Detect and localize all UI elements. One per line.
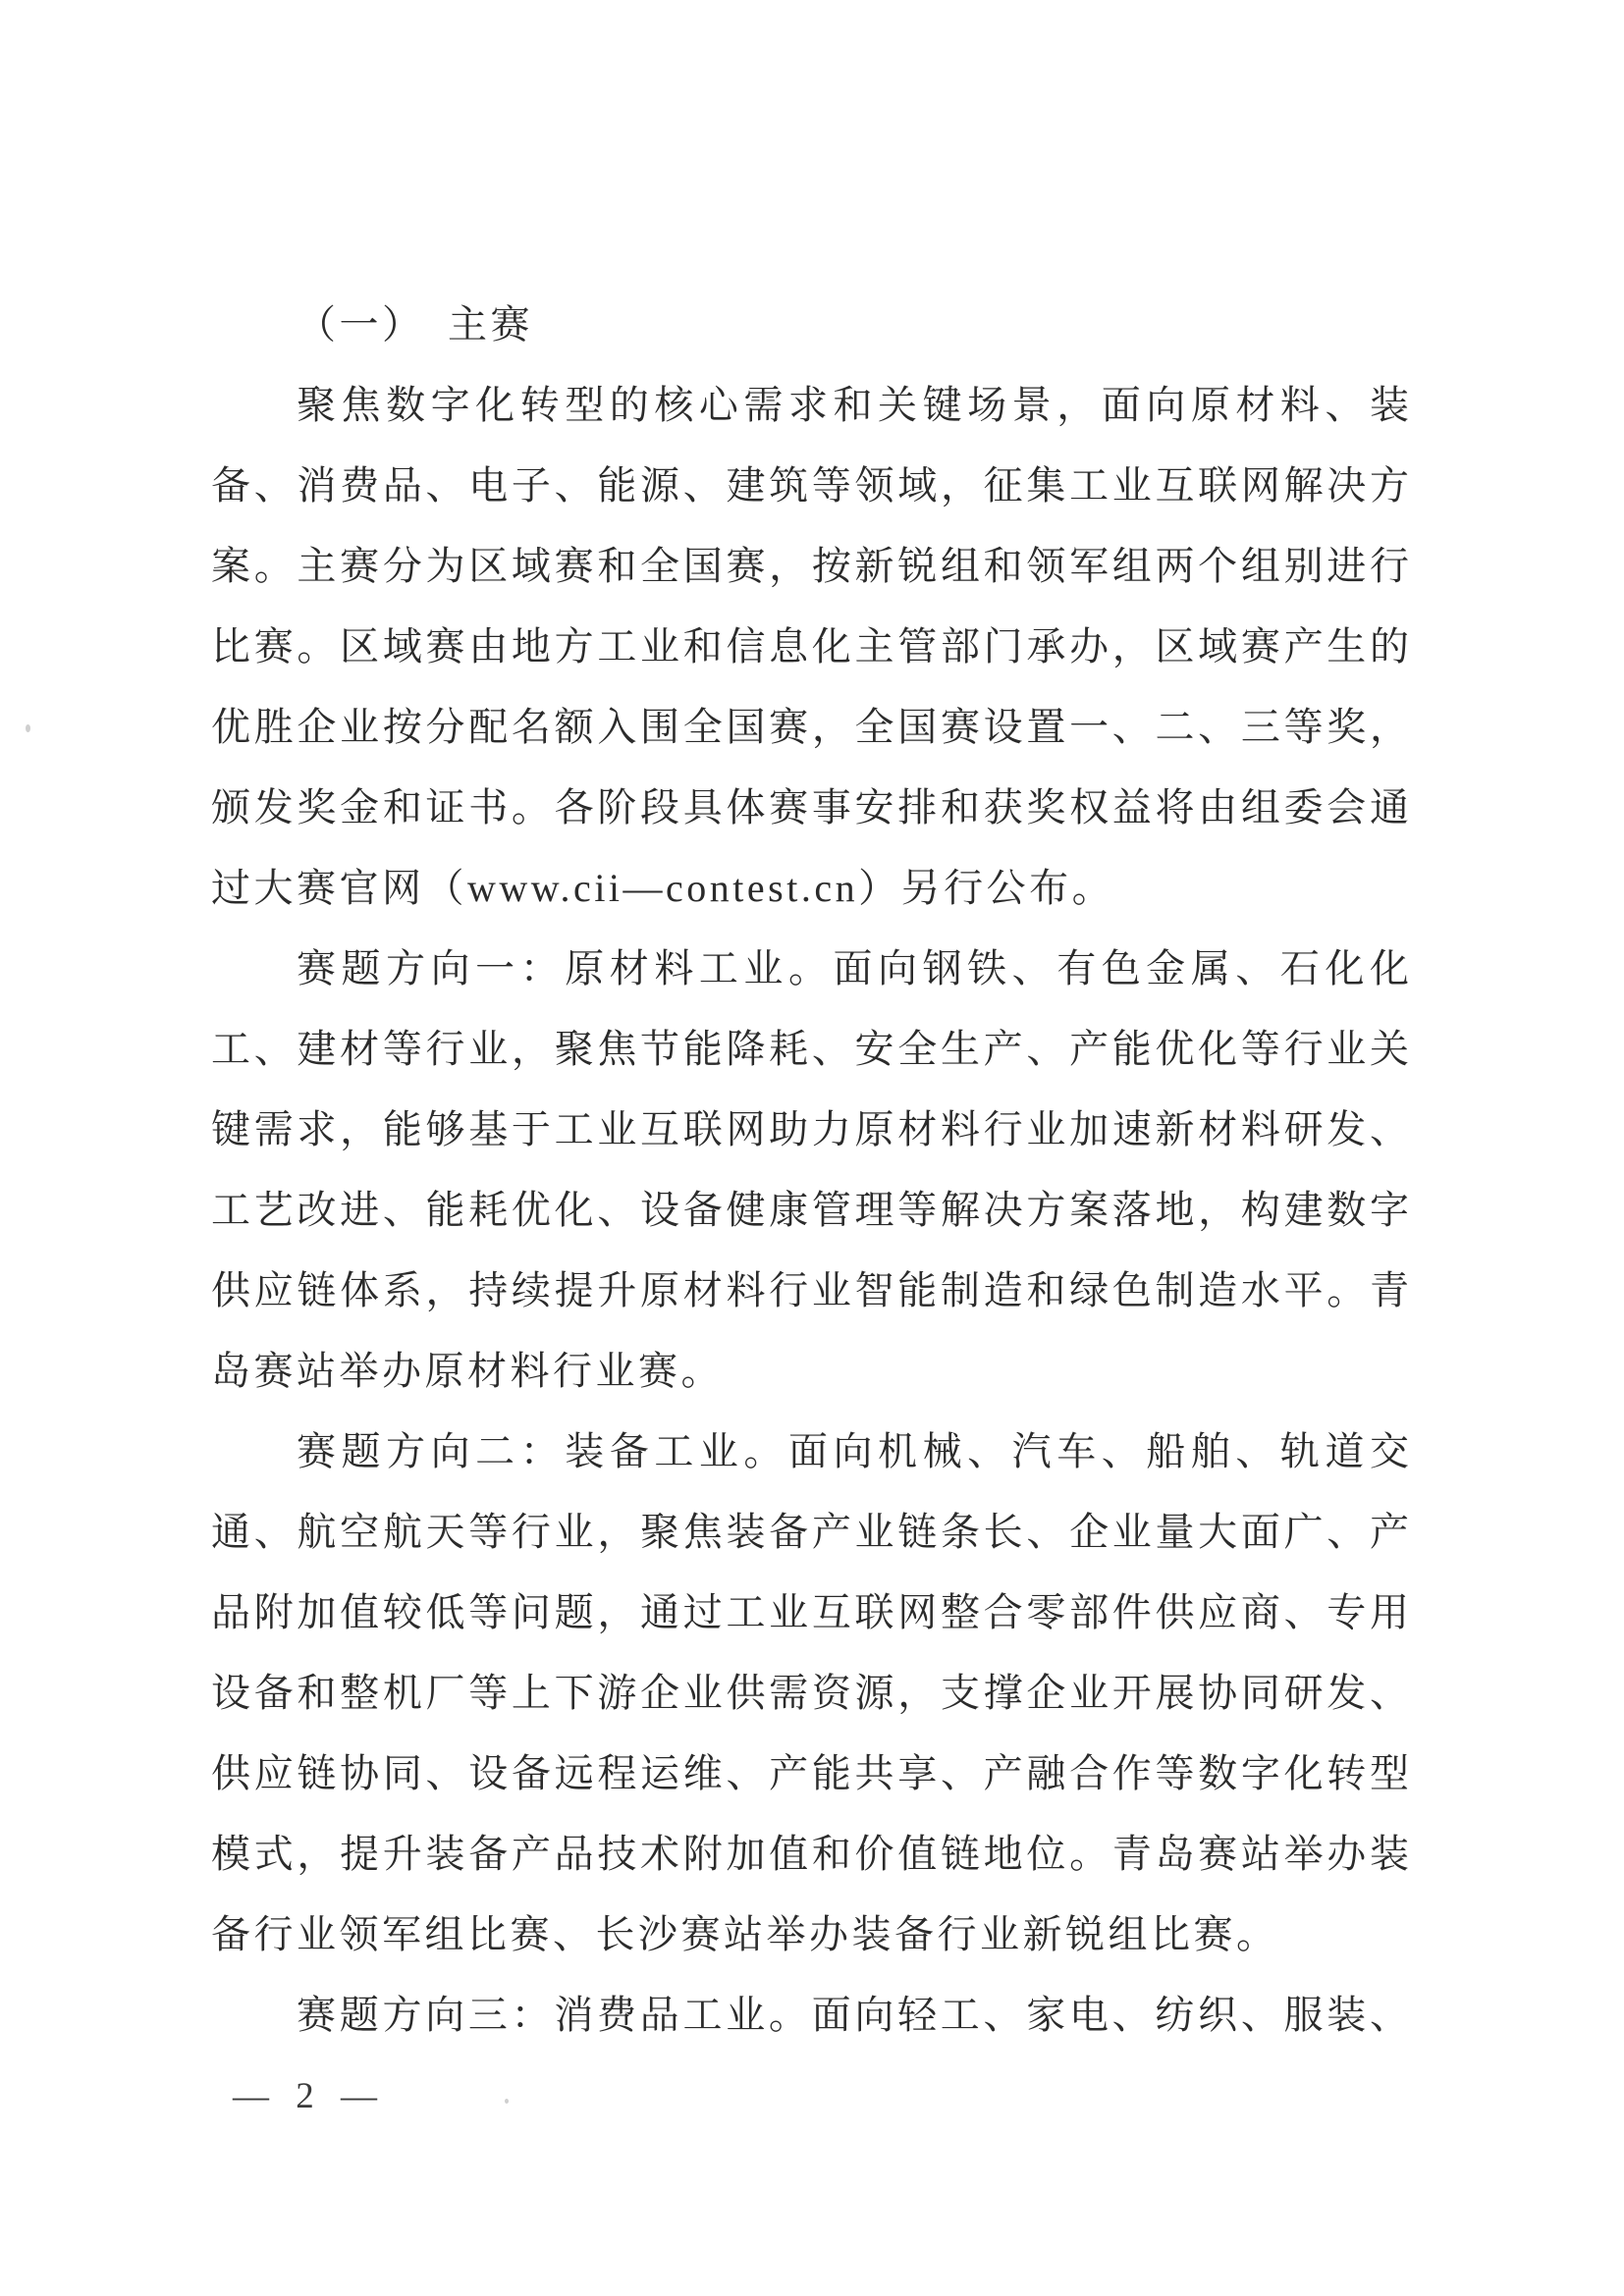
text-line: 案。主赛分为区域赛和全国赛，按新锐组和领军组两个组别进行 bbox=[211, 526, 1409, 607]
text-line: 通、航空航天等行业，聚焦装备产业链条长、企业量大面广、产 bbox=[211, 1492, 1409, 1573]
text-line: 工艺改进、能耗优化、设备健康管理等解决方案落地，构建数字 bbox=[211, 1170, 1409, 1251]
text-line: 优胜企业按分配名额入围全国赛，全国赛设置一、二、三等奖， bbox=[211, 687, 1409, 768]
text-line: 赛题方向一：原材料工业。面向钢铁、有色金属、石化化 bbox=[211, 929, 1409, 1009]
text-line: 设备和整机厂等上下游企业供需资源，支撑企业开展协同研发、 bbox=[211, 1653, 1409, 1734]
text-line: 过大赛官网（www.cii—contest.cn）另行公布。 bbox=[211, 848, 1409, 929]
text-line: 岛赛站举办原材料行业赛。 bbox=[211, 1331, 1409, 1412]
document-page: （一） 主赛聚焦数字化转型的核心需求和关键场景，面向原材料、装备、消费品、电子、… bbox=[0, 0, 1624, 2296]
text-line: 备、消费品、电子、能源、建筑等领域，征集工业互联网解决方 bbox=[211, 446, 1409, 526]
text-line: 供应链体系，持续提升原材料行业智能制造和绿色制造水平。青 bbox=[211, 1251, 1409, 1331]
document-body: （一） 主赛聚焦数字化转型的核心需求和关键场景，面向原材料、装备、消费品、电子、… bbox=[211, 285, 1409, 2056]
page-number: — 2 — bbox=[233, 2067, 386, 2126]
text-line: 工、建材等行业，聚焦节能降耗、安全生产、产能优化等行业关 bbox=[211, 1009, 1409, 1090]
text-line: 聚焦数字化转型的核心需求和关键场景，面向原材料、装 bbox=[211, 365, 1409, 446]
text-line: 备行业领军组比赛、长沙赛站举办装备行业新锐组比赛。 bbox=[211, 1895, 1409, 1975]
text-line: 品附加值较低等问题，通过工业互联网整合零部件供应商、专用 bbox=[211, 1573, 1409, 1653]
text-line: 赛题方向三：消费品工业。面向轻工、家电、纺织、服装、 bbox=[211, 1975, 1409, 2056]
text-line: 键需求，能够基于工业互联网助力原材料行业加速新材料研发、 bbox=[211, 1090, 1409, 1170]
section-heading: （一） 主赛 bbox=[211, 285, 1409, 365]
text-line: 模式，提升装备产品技术附加值和价值链地位。青岛赛站举办装 bbox=[211, 1814, 1409, 1895]
scan-artifact-dot bbox=[26, 724, 30, 732]
text-line: 比赛。区域赛由地方工业和信息化主管部门承办，区域赛产生的 bbox=[211, 607, 1409, 687]
text-line: 颁发奖金和证书。各阶段具体赛事安排和获奖权益将由组委会通 bbox=[211, 768, 1409, 848]
text-line: 供应链协同、设备远程运维、产能共享、产融合作等数字化转型 bbox=[211, 1734, 1409, 1814]
text-line: 赛题方向二：装备工业。面向机械、汽车、船舶、轨道交 bbox=[211, 1412, 1409, 1492]
scan-artifact-dot bbox=[505, 2099, 509, 2104]
